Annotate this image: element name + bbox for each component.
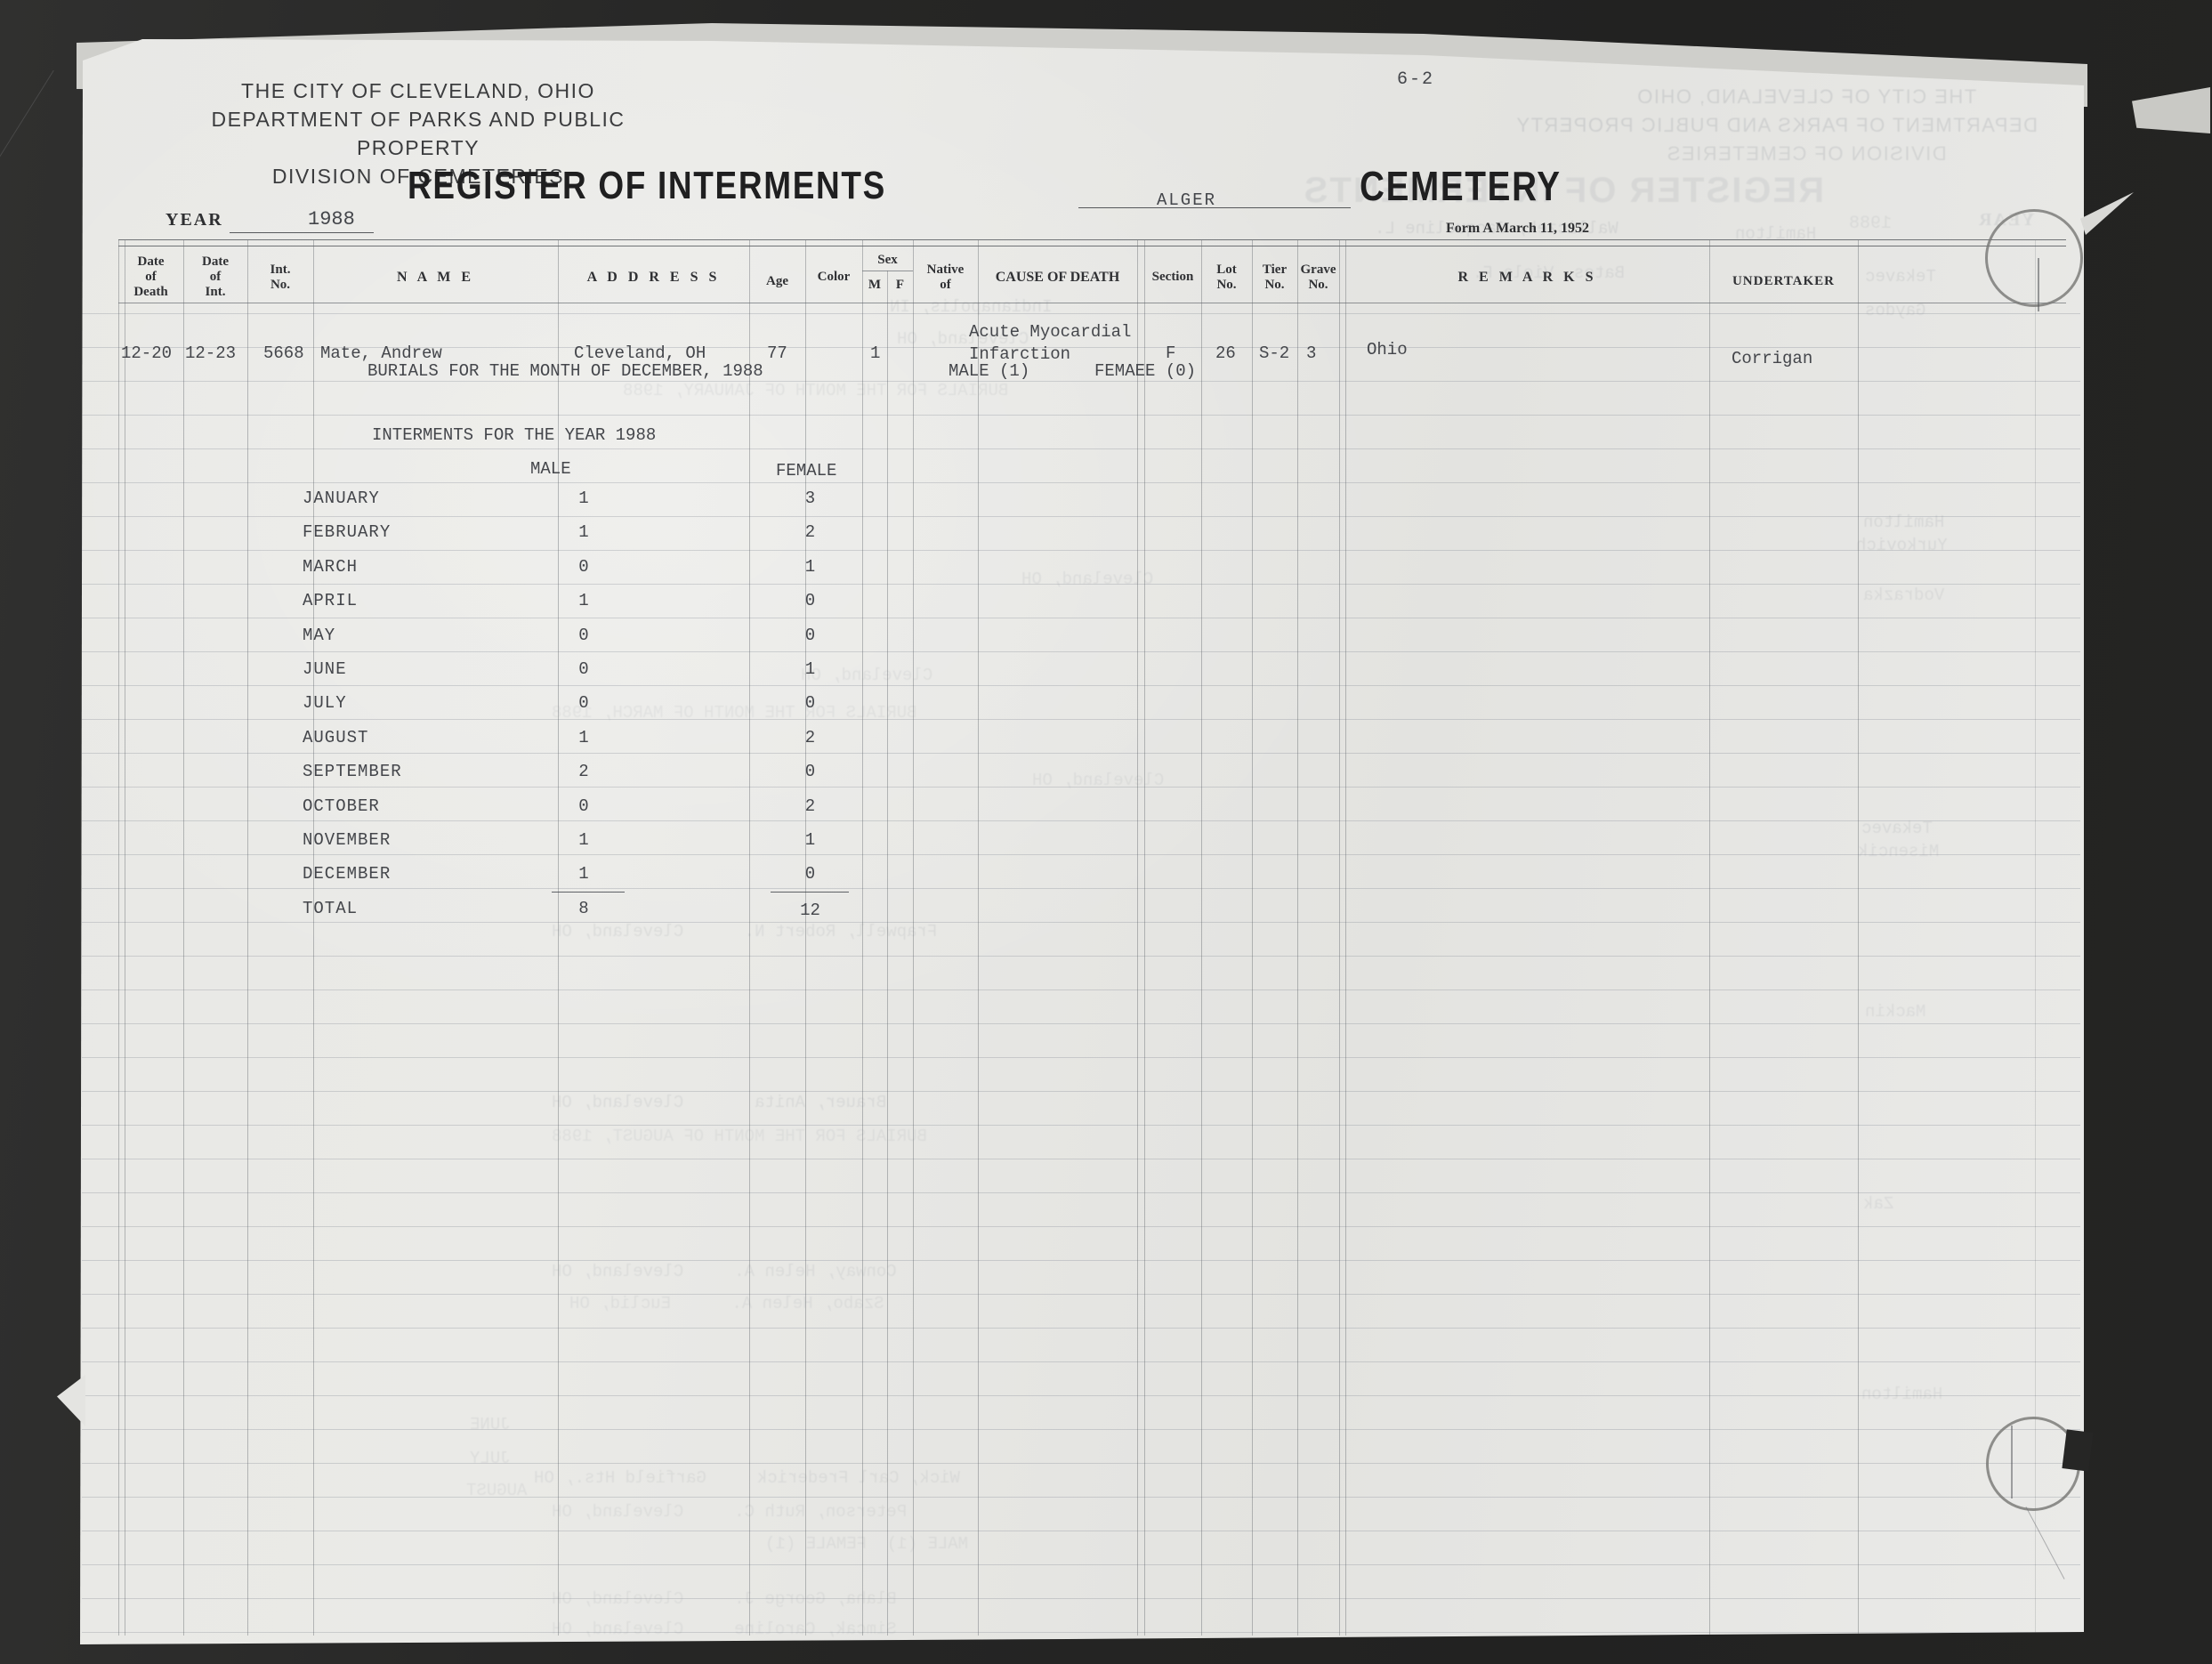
month-female-count: 0 (755, 762, 866, 781)
table-column-line (978, 240, 979, 1636)
bleed-through-text: Gaydos (1865, 301, 1925, 320)
col-date-of-death: Date of Death (118, 254, 183, 300)
bleed-through-text: BURIALS FOR THE MONTH OF JANUARY, 1988 (623, 381, 1008, 400)
month-label: AUGUST (303, 728, 368, 747)
col-sex-m: M (862, 278, 887, 293)
month-female-count: 1 (755, 659, 866, 679)
month-male-count: 2 (530, 762, 637, 781)
month-female-count: 0 (755, 591, 866, 610)
paper-notch-left-edge (57, 1375, 85, 1426)
table-column-line (1858, 240, 1859, 1636)
table-column-line (183, 240, 184, 1636)
month-summary-female: FEMAEE (0) (1094, 361, 1196, 381)
col-cause-of-death: CAUSE OF DEATH (978, 270, 1137, 285)
month-label: JULY (303, 693, 347, 713)
entry-lot-no: 26 (1215, 343, 1236, 363)
bleed-through-text: Simcak, Caroline Cleveland, OH (552, 1620, 897, 1639)
binder-ring-top (1985, 209, 2083, 307)
bleed-through-text: BURIALS FOR THE MONTH OF AUGUST, 1988 (552, 1127, 927, 1146)
month-label: MARCH (303, 557, 358, 577)
bleed-through-text: Indianapolis, IN (890, 297, 1052, 317)
bleed-through-text: Frapwell, Robert N. Cleveland, OH (552, 922, 937, 941)
col-name: N A M E (313, 270, 558, 286)
bleed-through-text: JUNE (470, 1415, 511, 1434)
month-female-count: 1 (755, 557, 866, 577)
month-label: FEBRUARY (303, 522, 391, 542)
month-male-count: 1 (530, 830, 637, 850)
entry-sex-m: 1 (870, 343, 880, 363)
month-male-count: 0 (530, 557, 637, 577)
total-male: 8 (530, 899, 637, 918)
table-column-line (805, 240, 806, 1636)
form-note: Form A March 11, 1952 (1446, 221, 1589, 237)
table-column-line (749, 240, 750, 1636)
col-undertaker: UNDERTAKER (1709, 274, 1858, 289)
bleed-through-text: THE CITY OF CLEVELAND, OHIO (1575, 85, 2038, 109)
month-summary-male: MALE (1) (949, 361, 1029, 381)
table-column-line (913, 240, 914, 1636)
paper-sheet: THE CITY OF CLEVELAND, OHIODEPARTMENT OF… (0, 0, 2212, 1664)
bleed-through-text: Hamilton (1861, 1385, 1942, 1404)
col-date-of-int: Date of Int. (183, 254, 247, 300)
bleed-through-text: Mackin (1865, 1002, 1925, 1022)
col-grave-no: Grave No. (1297, 263, 1339, 293)
cemetery-label: CEMETERY (1360, 162, 1562, 210)
december-female-underline (771, 892, 849, 893)
col-sex-f: F (887, 278, 913, 293)
table-column-line (313, 240, 314, 1636)
year-underline (230, 232, 374, 233)
bleed-through-text: Szabo, Helen A. Euclid, OH (569, 1294, 884, 1313)
bleed-through-text: Peterson, Ruth C. Cleveland, OH (552, 1502, 907, 1522)
table-column-line (558, 240, 559, 1636)
month-male-count: 0 (530, 796, 637, 816)
entry-cause-line1: Acute Myocardial (969, 322, 1131, 342)
page-title: REGISTER OF INTERMENTS (408, 164, 886, 208)
month-male-count: 1 (530, 864, 637, 884)
year-summary-female-header: FEMALE (776, 461, 836, 481)
table-column-line (1345, 240, 1346, 1636)
table-column-line (1709, 240, 1710, 1636)
table-column-line (1144, 240, 1145, 1636)
col-remarks: R E M A R K S (1345, 270, 1709, 286)
month-summary-text: BURIALS FOR THE MONTH OF DECEMBER, 1988 (367, 361, 763, 381)
year-value: 1988 (308, 208, 355, 230)
org-line-2: DEPARTMENT OF PARKS AND PUBLIC PROPERTY (169, 105, 667, 162)
year-summary-title: INTERMENTS FOR THE YEAR 1988 (372, 425, 656, 445)
entry-remarks: Ohio (1367, 340, 1408, 359)
table-column-line (862, 240, 863, 1636)
col-int-no: Int. No. (247, 263, 313, 293)
bleed-through-text: Cleveland, OH (1021, 569, 1153, 589)
month-female-count: 2 (755, 522, 866, 542)
col-lot-no: Lot No. (1201, 263, 1252, 293)
bleed-through-text: MALE (1) FEMALE (1) (765, 1534, 968, 1554)
entry-name: Mate, Andrew (320, 343, 442, 363)
col-tier-no: Tier No. (1252, 263, 1297, 293)
table-top-line-1 (118, 239, 2066, 240)
col-native-of: Native of (913, 263, 978, 293)
bleed-through-text: Blaha, George J. Cleveland, OH (552, 1589, 897, 1609)
scratch-mark (0, 70, 54, 161)
month-male-count: 1 (530, 728, 637, 747)
ledger-ruling (82, 313, 2080, 1636)
month-female-count: 1 (755, 830, 866, 850)
table-column-line (1339, 240, 1340, 1636)
month-male-count: 0 (530, 659, 637, 679)
december-male-underline (552, 892, 625, 893)
col-age: Age (749, 274, 805, 289)
bleed-through-text: Yurkovich (1856, 536, 1948, 555)
bleed-through-text: DIVISION OF CEMETERIES (1575, 142, 2038, 166)
bleed-through-text: Hamilton (1863, 513, 1944, 532)
entry-int-no: 5668 (263, 343, 304, 363)
month-label: MAY (303, 626, 335, 645)
total-female: 12 (755, 901, 866, 920)
month-female-count: 0 (755, 626, 866, 645)
month-male-count: 0 (530, 626, 637, 645)
table-column-line (118, 240, 119, 1636)
binder-ring-top-post (2038, 258, 2039, 311)
month-female-count: 3 (755, 489, 866, 508)
table-column-line (887, 271, 888, 1636)
paper-sliver-right-edge (2132, 87, 2210, 133)
month-male-count: 1 (530, 489, 637, 508)
entry-tier-no: S-2 (1259, 343, 1289, 363)
org-line-1: THE CITY OF CLEVELAND, OHIO (169, 77, 667, 105)
bleed-through-text: Hamilton (1735, 224, 1816, 244)
month-male-count: 1 (530, 522, 637, 542)
month-label: DECEMBER (303, 864, 391, 884)
bleed-through-text: AUGUST (466, 1481, 527, 1500)
bleed-through-text: Zak (1863, 1194, 1893, 1214)
year-label: YEAR (165, 210, 223, 230)
cemetery-name-underline (1078, 207, 1351, 208)
table-column-line (1297, 240, 1298, 1636)
month-label: JUNE (303, 659, 347, 679)
entry-undertaker: Corrigan (1732, 349, 1812, 368)
bleed-through-text: Vodrazka (1863, 586, 1944, 605)
binder-ring-bottom-post (2011, 1426, 2013, 1498)
month-label: APRIL (303, 591, 358, 610)
bleed-through-text: JULY (470, 1449, 511, 1468)
total-label: TOTAL (303, 899, 358, 918)
month-female-count: 0 (755, 864, 866, 884)
bleed-through-text: Tekavec (1865, 267, 1936, 287)
col-section: Section (1144, 270, 1201, 285)
year-summary-male-header: MALE (530, 459, 571, 479)
month-label: JANUARY (303, 489, 380, 508)
month-female-count: 2 (755, 796, 866, 816)
table-column-line (125, 240, 125, 1636)
paper-sliver-top-right (2080, 192, 2134, 235)
bleed-through-text: Brauer, Anita Cleveland, OH (552, 1093, 886, 1112)
table-header-bottom-line (118, 303, 2066, 303)
month-label: NOVEMBER (303, 830, 391, 850)
bleed-through-text: Conway, Helen A. Cleveland, OH (552, 1262, 897, 1281)
entry-address: Cleveland, OH (574, 343, 706, 363)
binder-clip-tab (2062, 1429, 2093, 1471)
month-male-count: 0 (530, 693, 637, 713)
month-female-count: 0 (755, 693, 866, 713)
table-top-line-2 (118, 246, 2066, 246)
scanned-register-page: THE CITY OF CLEVELAND, OHIODEPARTMENT OF… (0, 0, 2212, 1664)
entry-grave-no: 3 (1306, 343, 1316, 363)
bleed-through-text: Misencik (1858, 842, 1939, 861)
month-label: SEPTEMBER (303, 762, 402, 781)
bleed-through-text: 1988 (1849, 214, 1892, 234)
table-column-line (1137, 240, 1138, 1636)
page-corner-code: 6-2 (1397, 69, 1434, 90)
entry-date-of-death: 12-20 (121, 343, 172, 363)
bleed-through-text: Wick, Carl Frederick Garfield Hts., OH (534, 1468, 960, 1488)
month-male-count: 1 (530, 591, 637, 610)
entry-date-of-int: 12-23 (185, 343, 236, 363)
col-sex: Sex (862, 253, 913, 268)
table-column-line (1201, 240, 1202, 1636)
table-column-line (1252, 240, 1253, 1636)
table-column-line (247, 240, 248, 1636)
month-label: OCTOBER (303, 796, 380, 816)
bleed-through-text: Tekavec (1861, 819, 1933, 838)
bleed-through-text: DEPARTMENT OF PARKS AND PUBLIC PROPERTY (1575, 114, 2038, 137)
col-address: A D D R E S S (558, 270, 749, 286)
col-color: Color (805, 270, 862, 285)
month-female-count: 2 (755, 728, 866, 747)
entry-section: F (1166, 343, 1175, 363)
entry-age: 77 (767, 343, 787, 363)
